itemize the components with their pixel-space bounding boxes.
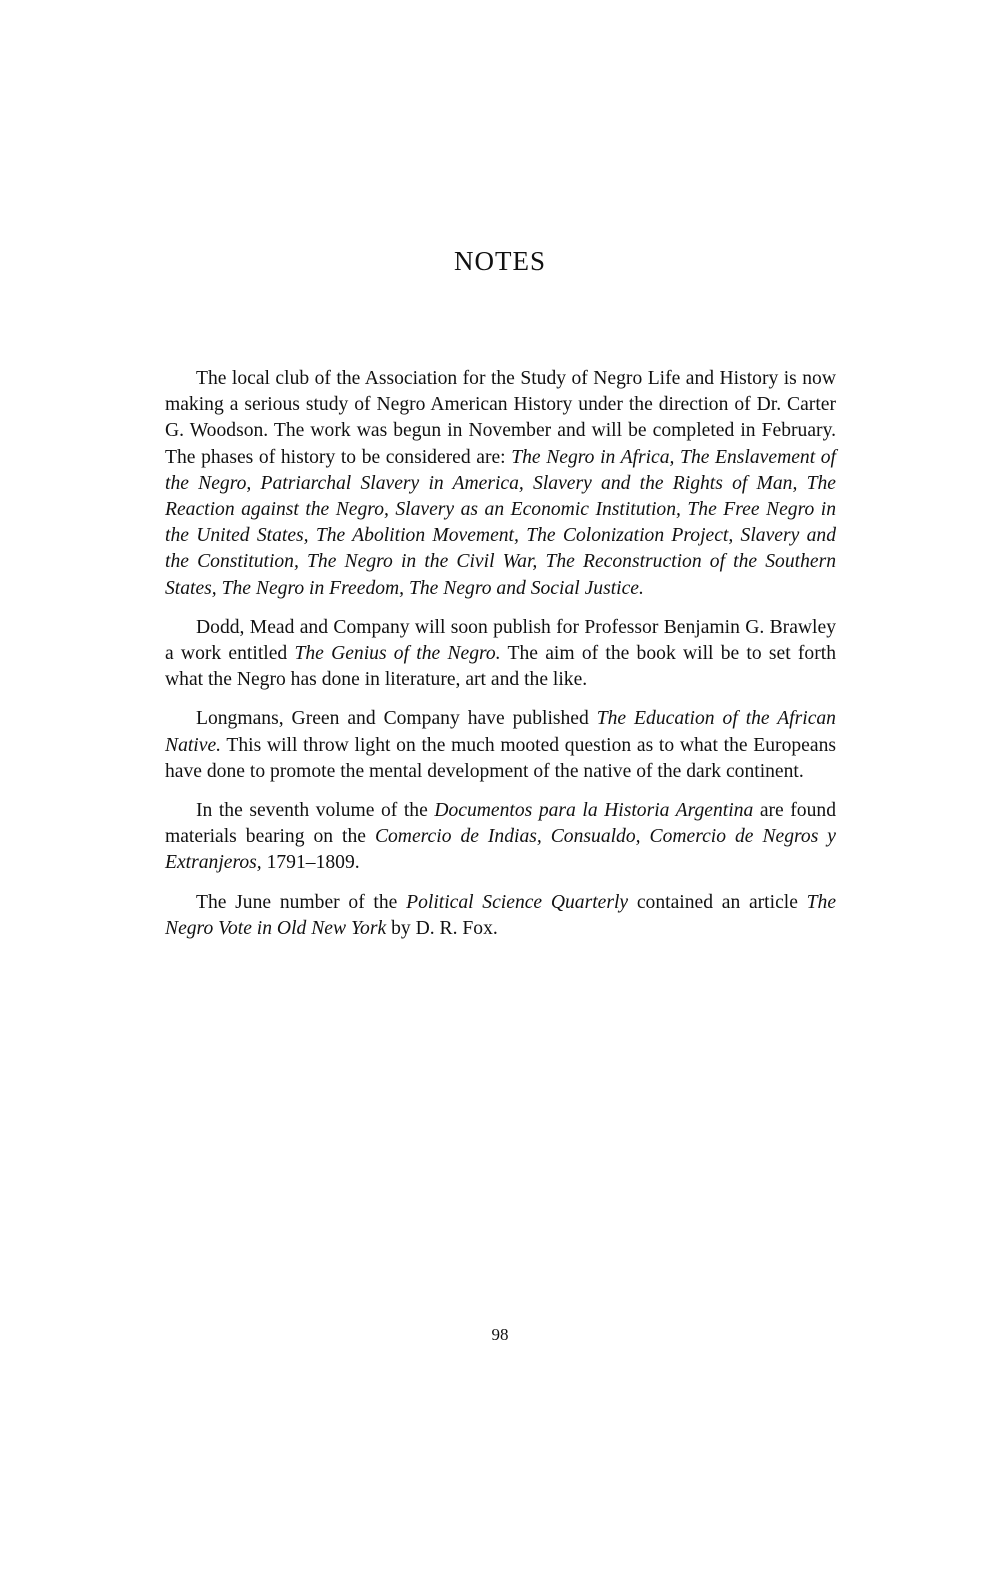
page-title: NOTES (0, 244, 1000, 278)
journal-title: Political Science Quarterly (406, 892, 628, 913)
topic-list: The Negro in Africa, The Enslavement of … (165, 447, 836, 599)
note-paragraph-documentos: In the seventh volume of the Documentos … (165, 798, 836, 877)
book-title: The Genius of the Negro. (294, 643, 500, 664)
text-segment: This will throw light on the much mooted… (165, 735, 836, 782)
page-number: 98 (0, 1324, 1000, 1346)
book-title: Documentos para la Historia Argentina (434, 800, 753, 821)
document-page: NOTES The local club of the Association … (0, 0, 1000, 1574)
text-segment: Longmans, Green and Company have publish… (196, 708, 597, 729)
note-paragraph-longmans: Longmans, Green and Company have publish… (165, 706, 836, 785)
text-segment: In the seventh volume of the (196, 800, 434, 821)
notes-body: The local club of the Association for th… (165, 366, 836, 955)
text-segment: contained an article (628, 892, 807, 913)
text-segment: by D. R. Fox. (386, 918, 498, 939)
text-segment: 1791–1809. (262, 852, 360, 873)
note-paragraph-brawley: Dodd, Mead and Company will soon publish… (165, 615, 836, 694)
note-paragraph-study-club: The local club of the Association for th… (165, 366, 836, 602)
text-segment: The June number of the (196, 892, 406, 913)
note-paragraph-psq: The June number of the Political Science… (165, 890, 836, 942)
